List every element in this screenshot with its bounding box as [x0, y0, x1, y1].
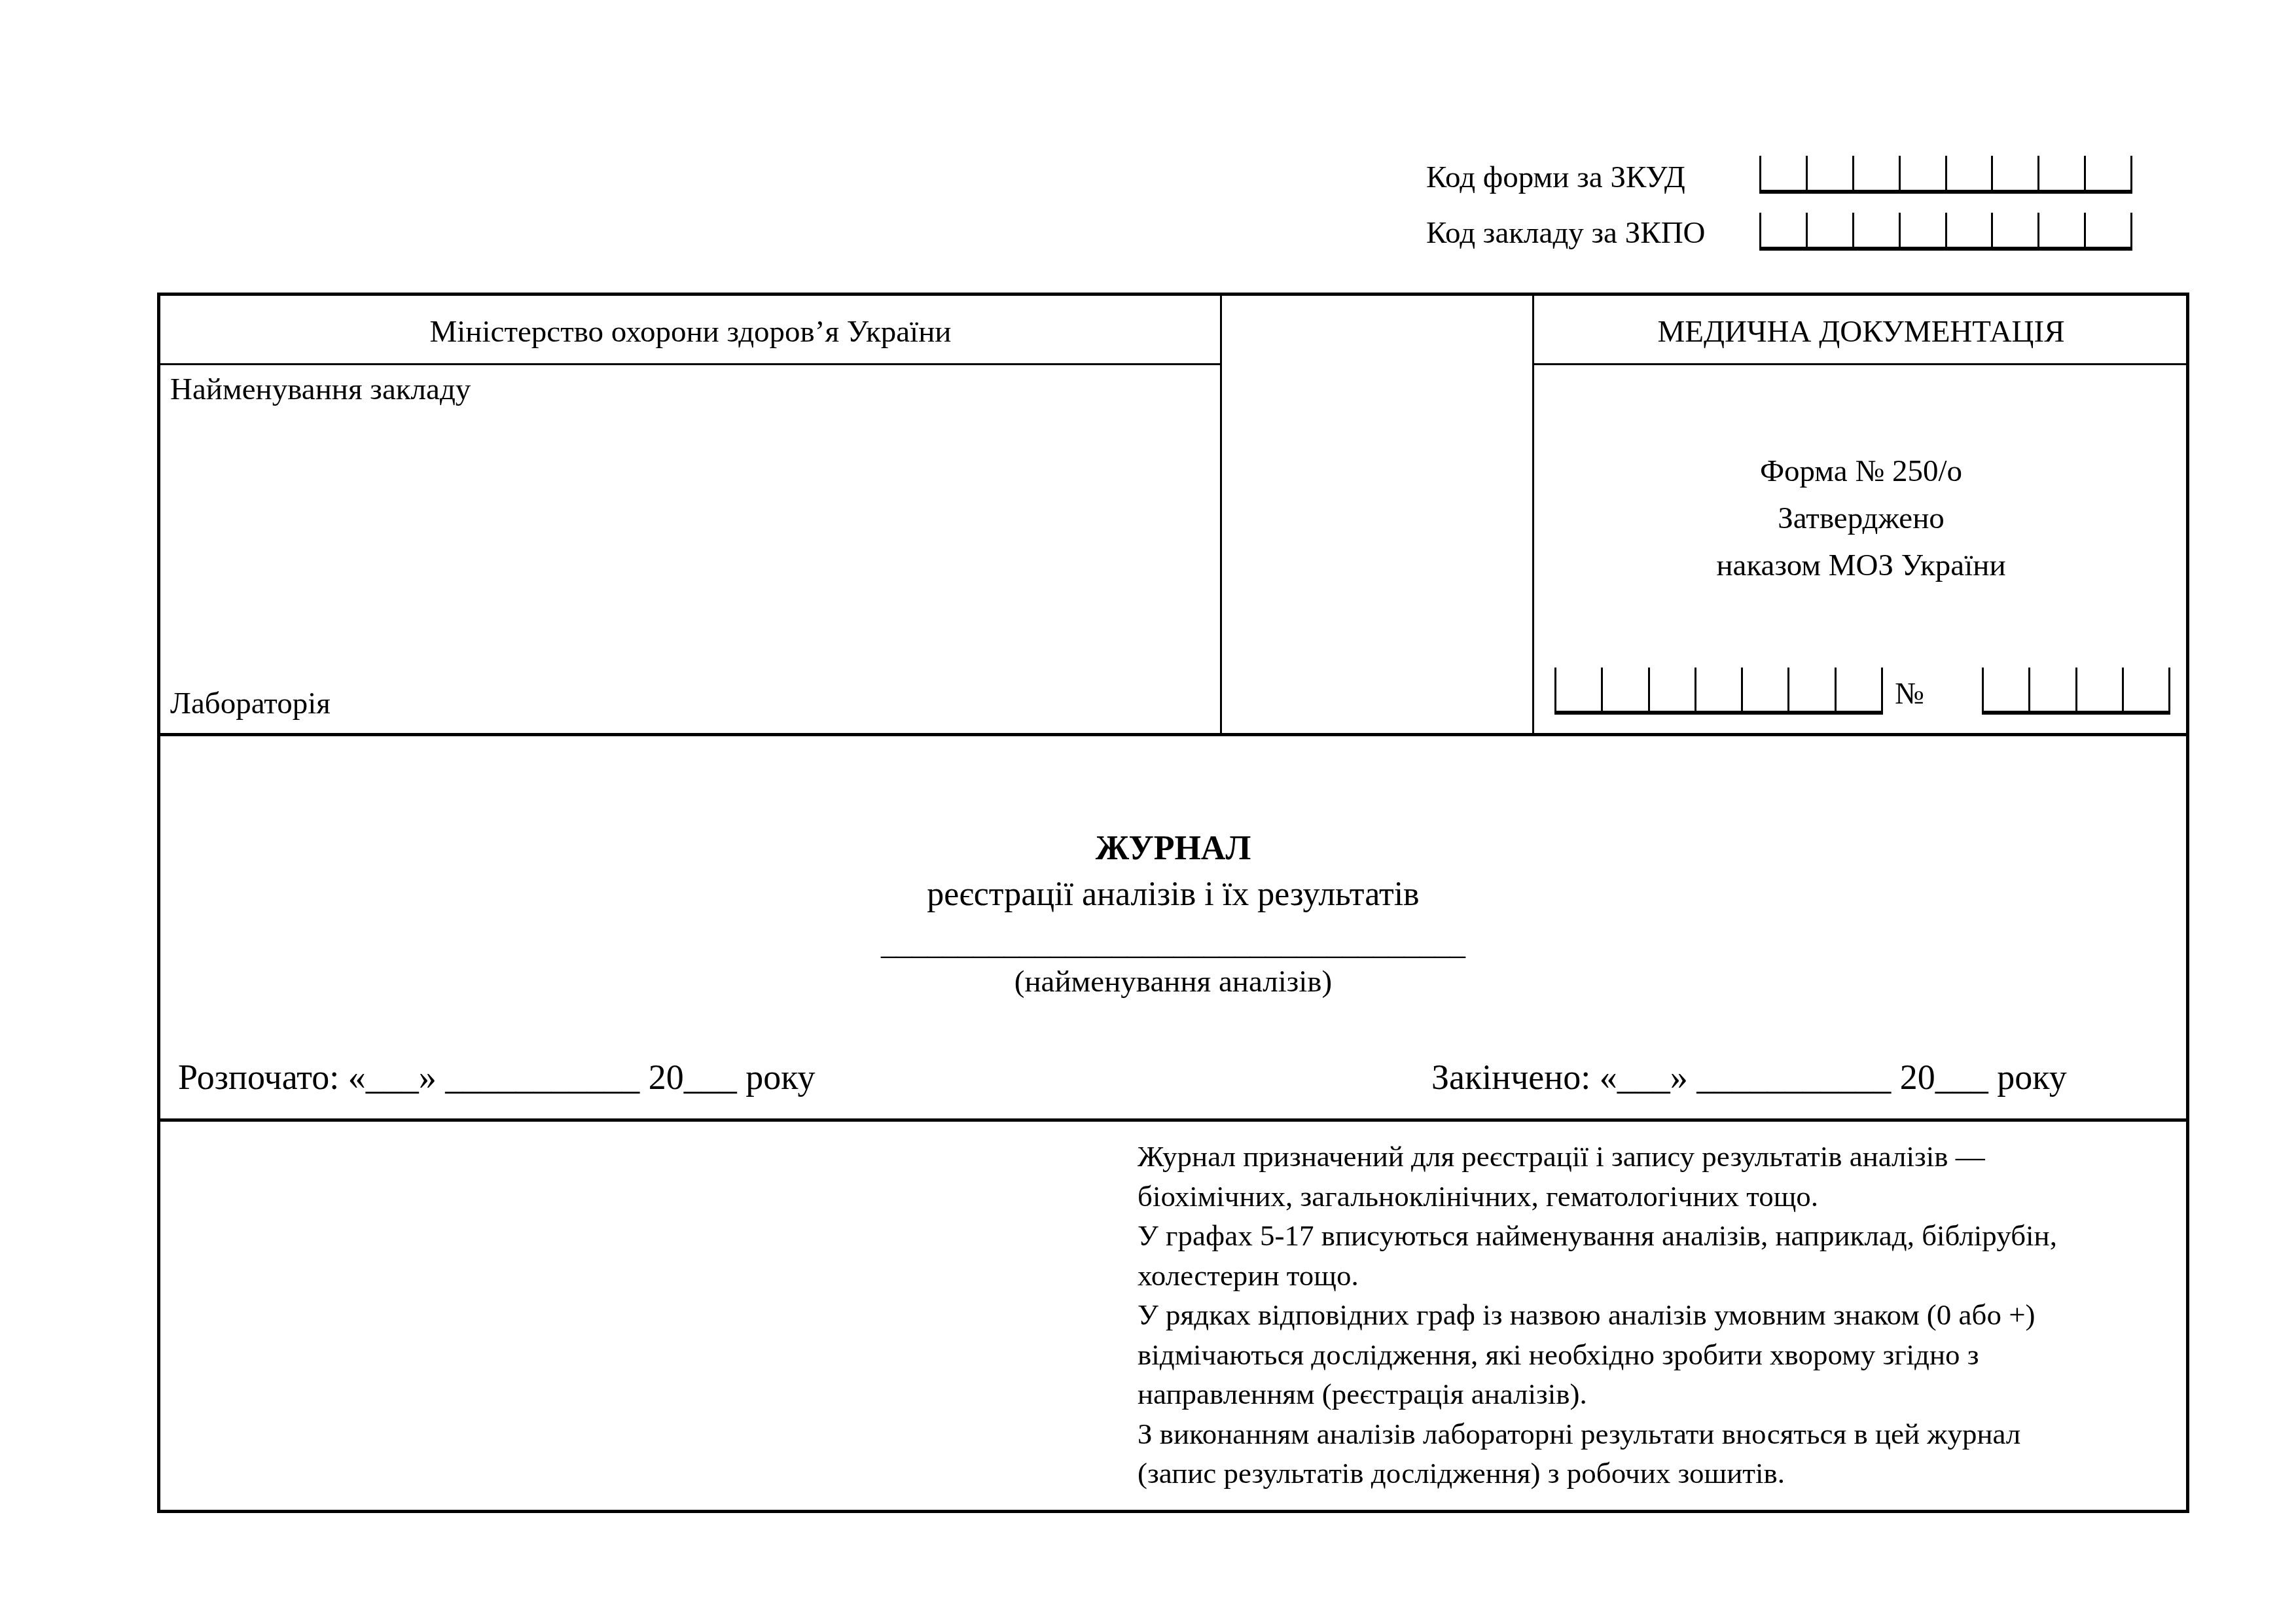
code-cell[interactable]	[1806, 213, 1852, 247]
code-cell[interactable]	[1787, 668, 1834, 711]
started-date[interactable]: Розпочато: «___» ___________ 20___ року	[178, 1057, 816, 1097]
note-line: (запис результатів дослідження) з робочи…	[1138, 1454, 2057, 1493]
order-number-code-field[interactable]	[1982, 668, 2170, 715]
form-frame: Міністерство охорони здоров’я України На…	[157, 293, 2189, 1513]
ministry-name: Міністерство охорони здоров’я України	[160, 317, 1221, 348]
header-divider	[160, 733, 2186, 736]
code-cell[interactable]	[1899, 213, 1945, 247]
note-line: холестерин тощо.	[1138, 1256, 2057, 1296]
code-cell[interactable]	[1852, 156, 1899, 190]
note-line: З виконанням аналізів лабораторні резуль…	[1138, 1414, 2057, 1454]
ministry-divider	[160, 363, 1221, 365]
code-cell[interactable]	[1695, 668, 1741, 711]
note-line: У графах 5-17 вписуються найменування ан…	[1138, 1216, 2057, 1256]
code-cell[interactable]	[2122, 668, 2170, 711]
zkpo-label: Код закладу за ЗКПО	[1426, 218, 1706, 249]
zkud-label: Код форми за ЗКУД	[1426, 162, 1685, 193]
analysis-name-caption: (найменування аналізів)	[160, 967, 2186, 997]
code-cell[interactable]	[2037, 156, 2084, 190]
code-cell[interactable]	[1601, 668, 1647, 711]
code-cell[interactable]	[2075, 668, 2122, 711]
code-cell[interactable]	[1759, 213, 1806, 247]
code-cell[interactable]	[1945, 213, 1992, 247]
note-line: Журнал призначений для реєстрації і запи…	[1138, 1137, 2057, 1177]
zkud-code-field[interactable]	[1759, 156, 2132, 194]
approved-label: Затверджено	[1533, 503, 2189, 534]
journal-heading: ЖУРНАЛ	[160, 829, 2186, 868]
journal-subtitle: реєстрації аналізів і їх результатів	[160, 875, 2186, 914]
note-line: відмічаються дослідження, які необхідно …	[1138, 1335, 2057, 1375]
code-cell[interactable]	[1648, 668, 1695, 711]
code-cell[interactable]	[1806, 156, 1852, 190]
order-date-code-field[interactable]	[1554, 668, 1883, 715]
medical-documentation-label: МЕДИЧНА ДОКУМЕНТАЦІЯ	[1533, 317, 2189, 348]
code-cell[interactable]	[1741, 668, 1787, 711]
note-line: направленням (реєстрація аналізів).	[1138, 1374, 2057, 1414]
code-cell[interactable]	[2084, 213, 2132, 247]
code-cell[interactable]	[2028, 668, 2075, 711]
code-cell[interactable]	[1982, 668, 2028, 711]
form-number: Форма № 250/о	[1533, 456, 2189, 487]
column-divider-1	[1220, 296, 1222, 733]
code-cell[interactable]	[1945, 156, 1992, 190]
code-cell[interactable]	[1991, 213, 2037, 247]
analysis-name-field[interactable]: ______________________________________	[160, 929, 2186, 960]
number-sign: №	[1895, 679, 1924, 709]
laboratory-field[interactable]: Лабораторія	[170, 688, 331, 719]
meddoc-divider	[1533, 363, 2189, 365]
title-divider	[160, 1118, 2186, 1122]
instructions-text: Журнал призначений для реєстрації і запи…	[1138, 1137, 2057, 1493]
finished-date[interactable]: Закінчено: «___» ___________ 20___ року	[1431, 1057, 2067, 1097]
note-line: біохімічних, загальноклінічних, гематоло…	[1138, 1177, 2057, 1217]
code-cell[interactable]	[2084, 156, 2132, 190]
code-cell[interactable]	[1852, 213, 1899, 247]
code-cell[interactable]	[2037, 213, 2084, 247]
note-line: У рядках відповідних граф із назвою анал…	[1138, 1295, 2057, 1335]
zkpo-code-field[interactable]	[1759, 213, 2132, 251]
code-cell[interactable]	[1835, 668, 1883, 711]
code-cell[interactable]	[1759, 156, 1806, 190]
code-cell[interactable]	[1899, 156, 1945, 190]
institution-name-field[interactable]: Найменування закладу	[170, 374, 471, 405]
order-label: наказом МОЗ України	[1533, 550, 2189, 581]
code-cell[interactable]	[1554, 668, 1601, 711]
code-cell[interactable]	[1991, 156, 2037, 190]
